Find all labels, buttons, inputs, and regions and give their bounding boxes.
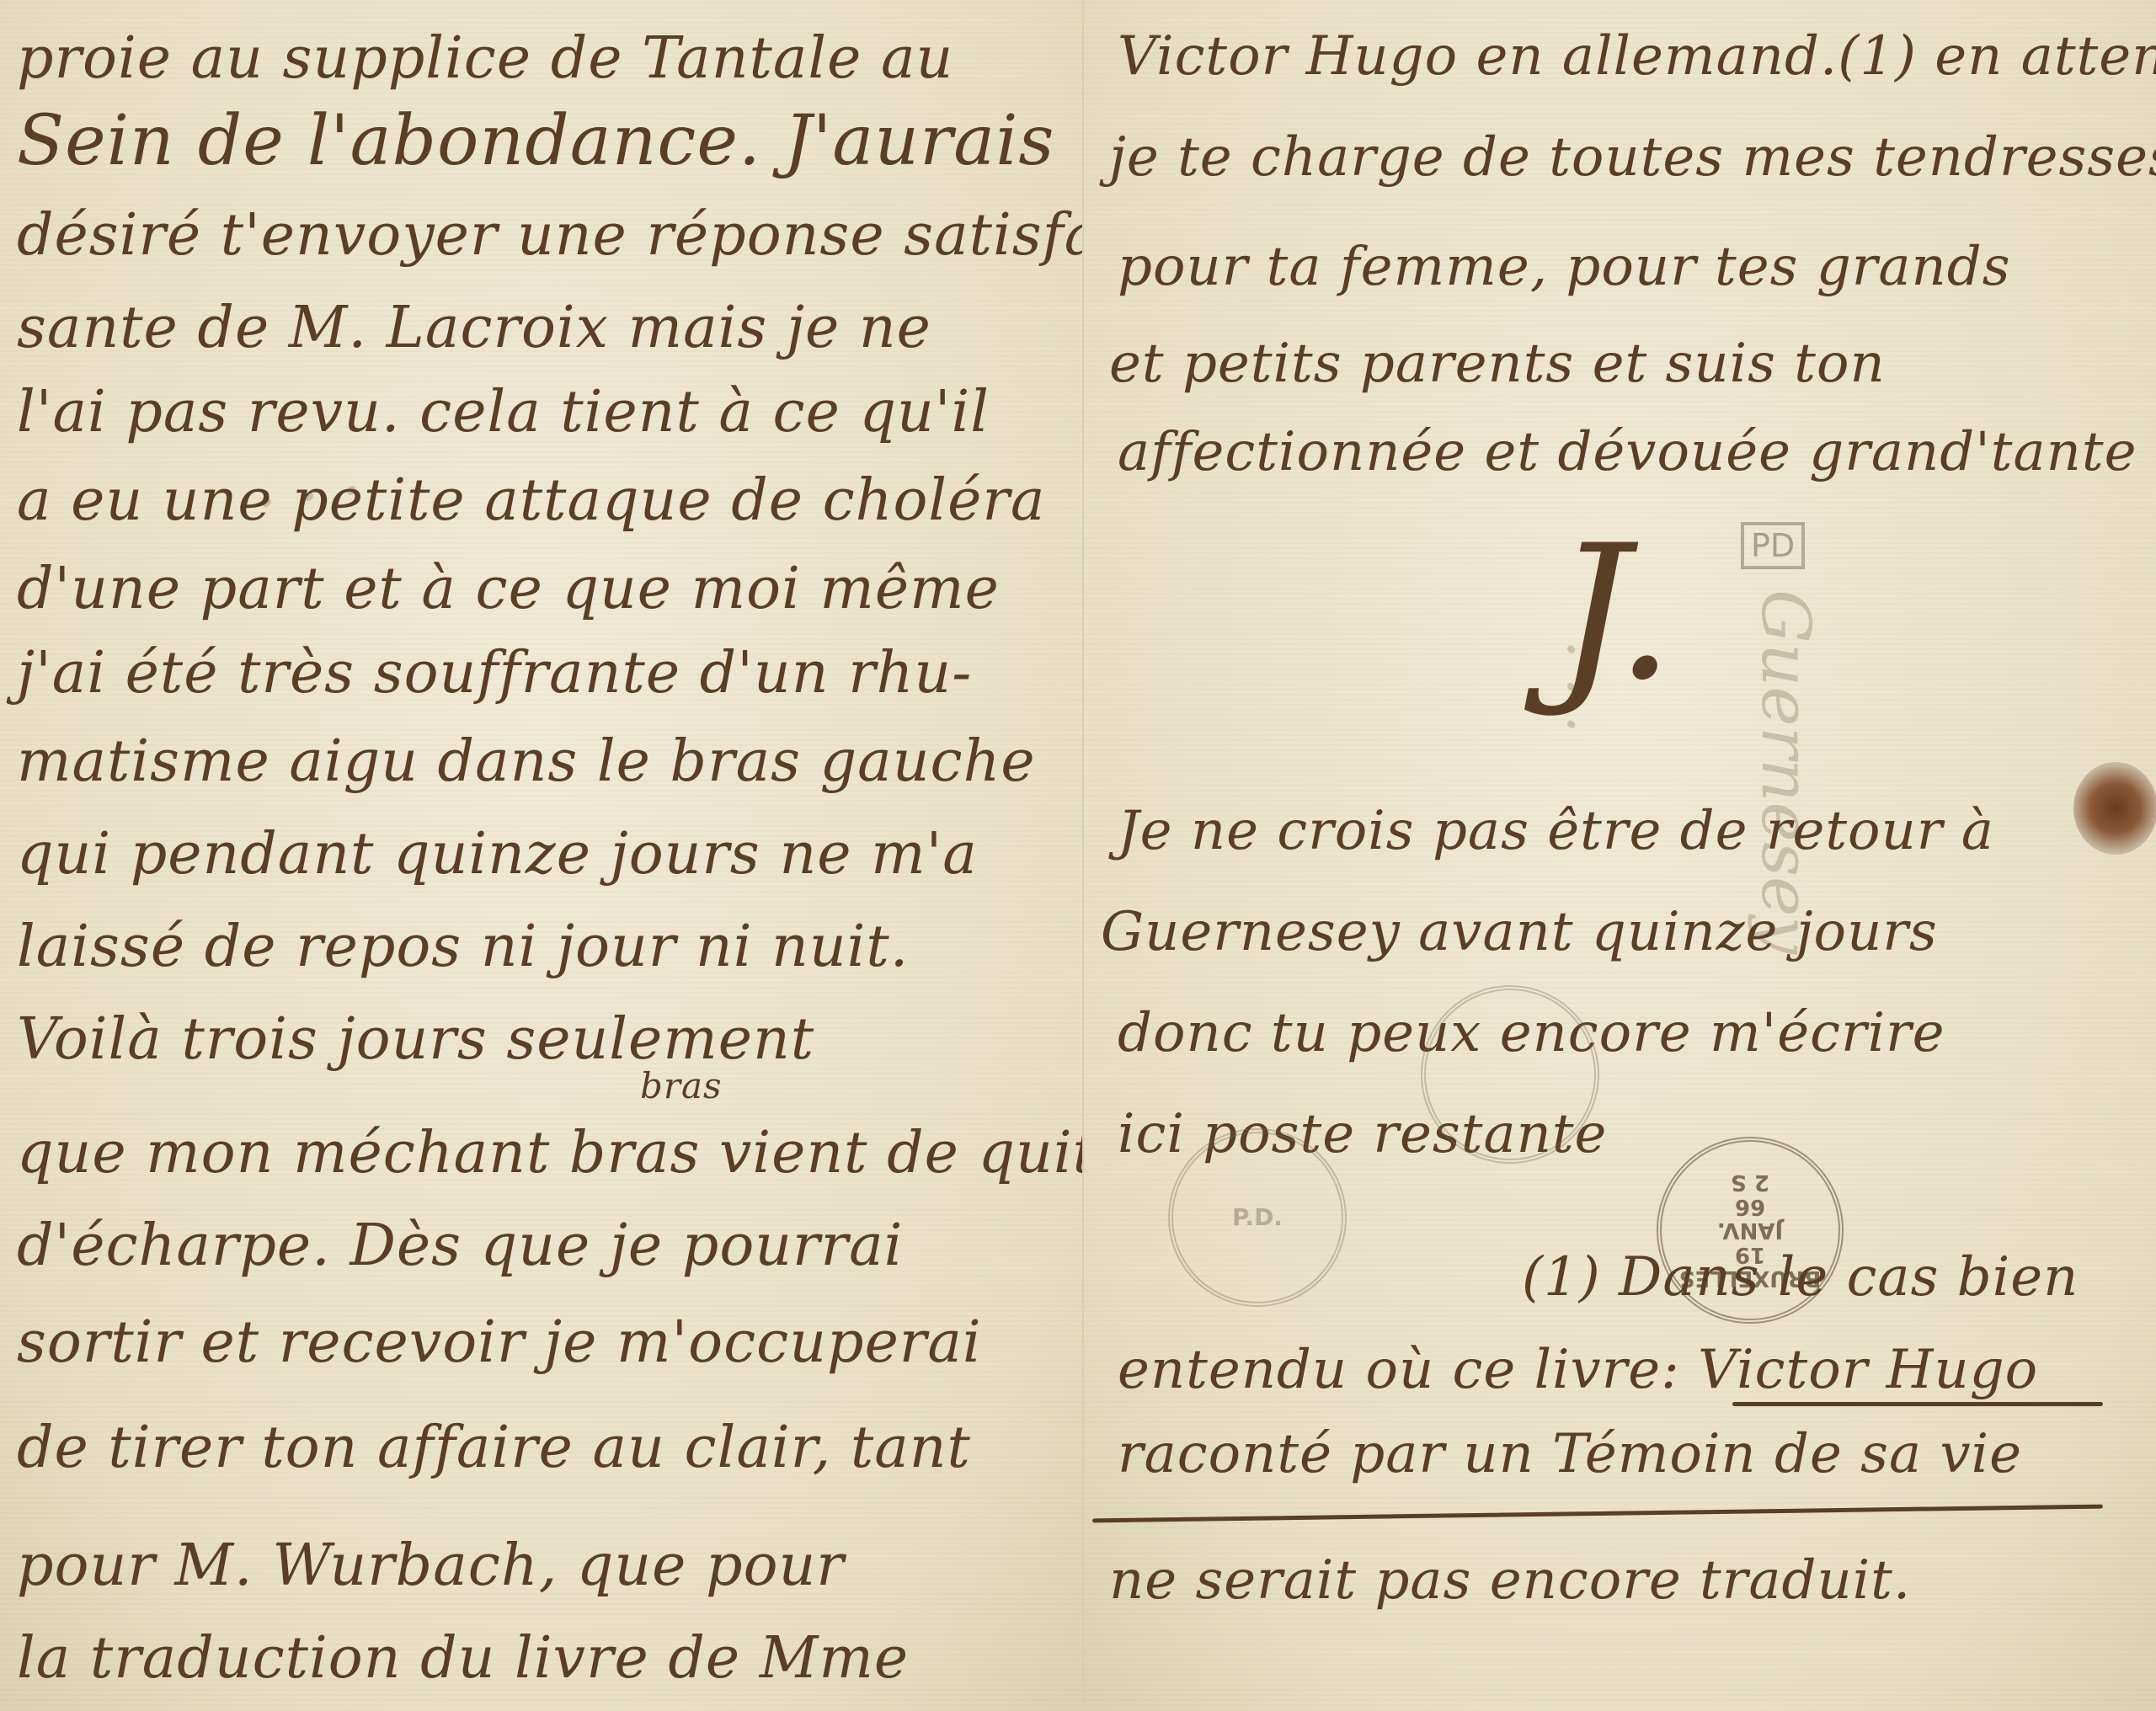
postscript-line: Guernesey avant quinze jours: [1101, 901, 1938, 963]
letter-line: l'ai pas revu. cela tient à ce qu'il: [17, 379, 990, 445]
signature: J.: [1556, 505, 1674, 721]
letter-line: pour M. Wurbach, que pour: [17, 1532, 845, 1599]
letter-line: sortir et recevoir je m'occuperai: [17, 1309, 982, 1376]
footnote-line: raconté par un Témoin de sa vie: [1118, 1423, 2022, 1485]
underline: [1092, 1505, 2103, 1523]
postmark-year: 66: [1735, 1194, 1765, 1218]
postscript-line: Je ne crois pas être de retour à: [1118, 800, 1994, 862]
letter-line: et petits parents et suis ton: [1109, 333, 1886, 395]
faint-postmark: P.D.: [1168, 1128, 1347, 1307]
letter-line: qui pendant quinze jours ne m'a: [17, 821, 978, 887]
underline: [1732, 1402, 2103, 1406]
letter-line: que mon méchant bras vient de quitter: [17, 1120, 1183, 1186]
letter-line: d'une part et à ce que moi même: [17, 556, 1000, 622]
bleed-through-address: Guernesey: [1747, 589, 1825, 954]
footnote-line: ne serait pas encore traduit.: [1109, 1549, 1911, 1612]
letter-page-right: Guernesey . . . Victor Hugo en allemand.…: [1082, 0, 2156, 1711]
footnote-line: entendu où ce livre: Victor Hugo: [1118, 1339, 2038, 1401]
postmark-month: JANV.: [1717, 1218, 1783, 1243]
postmark-text: P.D.: [1232, 1205, 1283, 1231]
letter-page-left: . . . proie au supplice de Tantale au Se…: [0, 0, 1082, 1711]
faint-postmark: [1421, 985, 1599, 1164]
letter-line: je te charge de toutes mes tendresses: [1109, 126, 2156, 189]
ink-stain: [2073, 762, 2156, 855]
letter-line: d'écharpe. Dès que je pourrai: [17, 1213, 903, 1279]
letter-line: pour ta femme, pour tes grands: [1118, 236, 2011, 298]
letter-line: laissé de repos ni jour ni nuit.: [17, 914, 909, 980]
letter-line: j'ai été très souffrante d'un rhu-: [17, 640, 972, 706]
interlinear-insert: bras: [640, 1065, 723, 1106]
letter-line: a eu une petite attaque de choléra: [17, 467, 1045, 534]
letter-line: Voilà trois jours seulement: [17, 1006, 814, 1073]
letter-line: affectionnée et dévouée grand'tante: [1118, 421, 2137, 483]
footnote-line: (1) Dans le cas bien: [1522, 1246, 2079, 1309]
letter-line: sante de M. Lacroix mais je ne: [17, 295, 931, 361]
letter-line: Sein de l'abondance. J'aurais: [17, 101, 1055, 181]
letter-line: proie au supplice de Tantale au: [17, 25, 953, 92]
letter-line: de tirer ton affaire au clair, tant: [17, 1415, 971, 1481]
postmark-time: 2 S: [1731, 1170, 1769, 1195]
letter-line: la traduction du livre de Mme: [17, 1625, 909, 1692]
pd-box-stamp: PD: [1741, 522, 1805, 569]
letter-line: Victor Hugo en allemand.(1) en attendant: [1118, 25, 2156, 88]
letter-line: matisme aigu dans le bras gauche: [17, 728, 1036, 795]
letter-line: désiré t'envoyer une réponse satisfai-: [17, 202, 1139, 269]
